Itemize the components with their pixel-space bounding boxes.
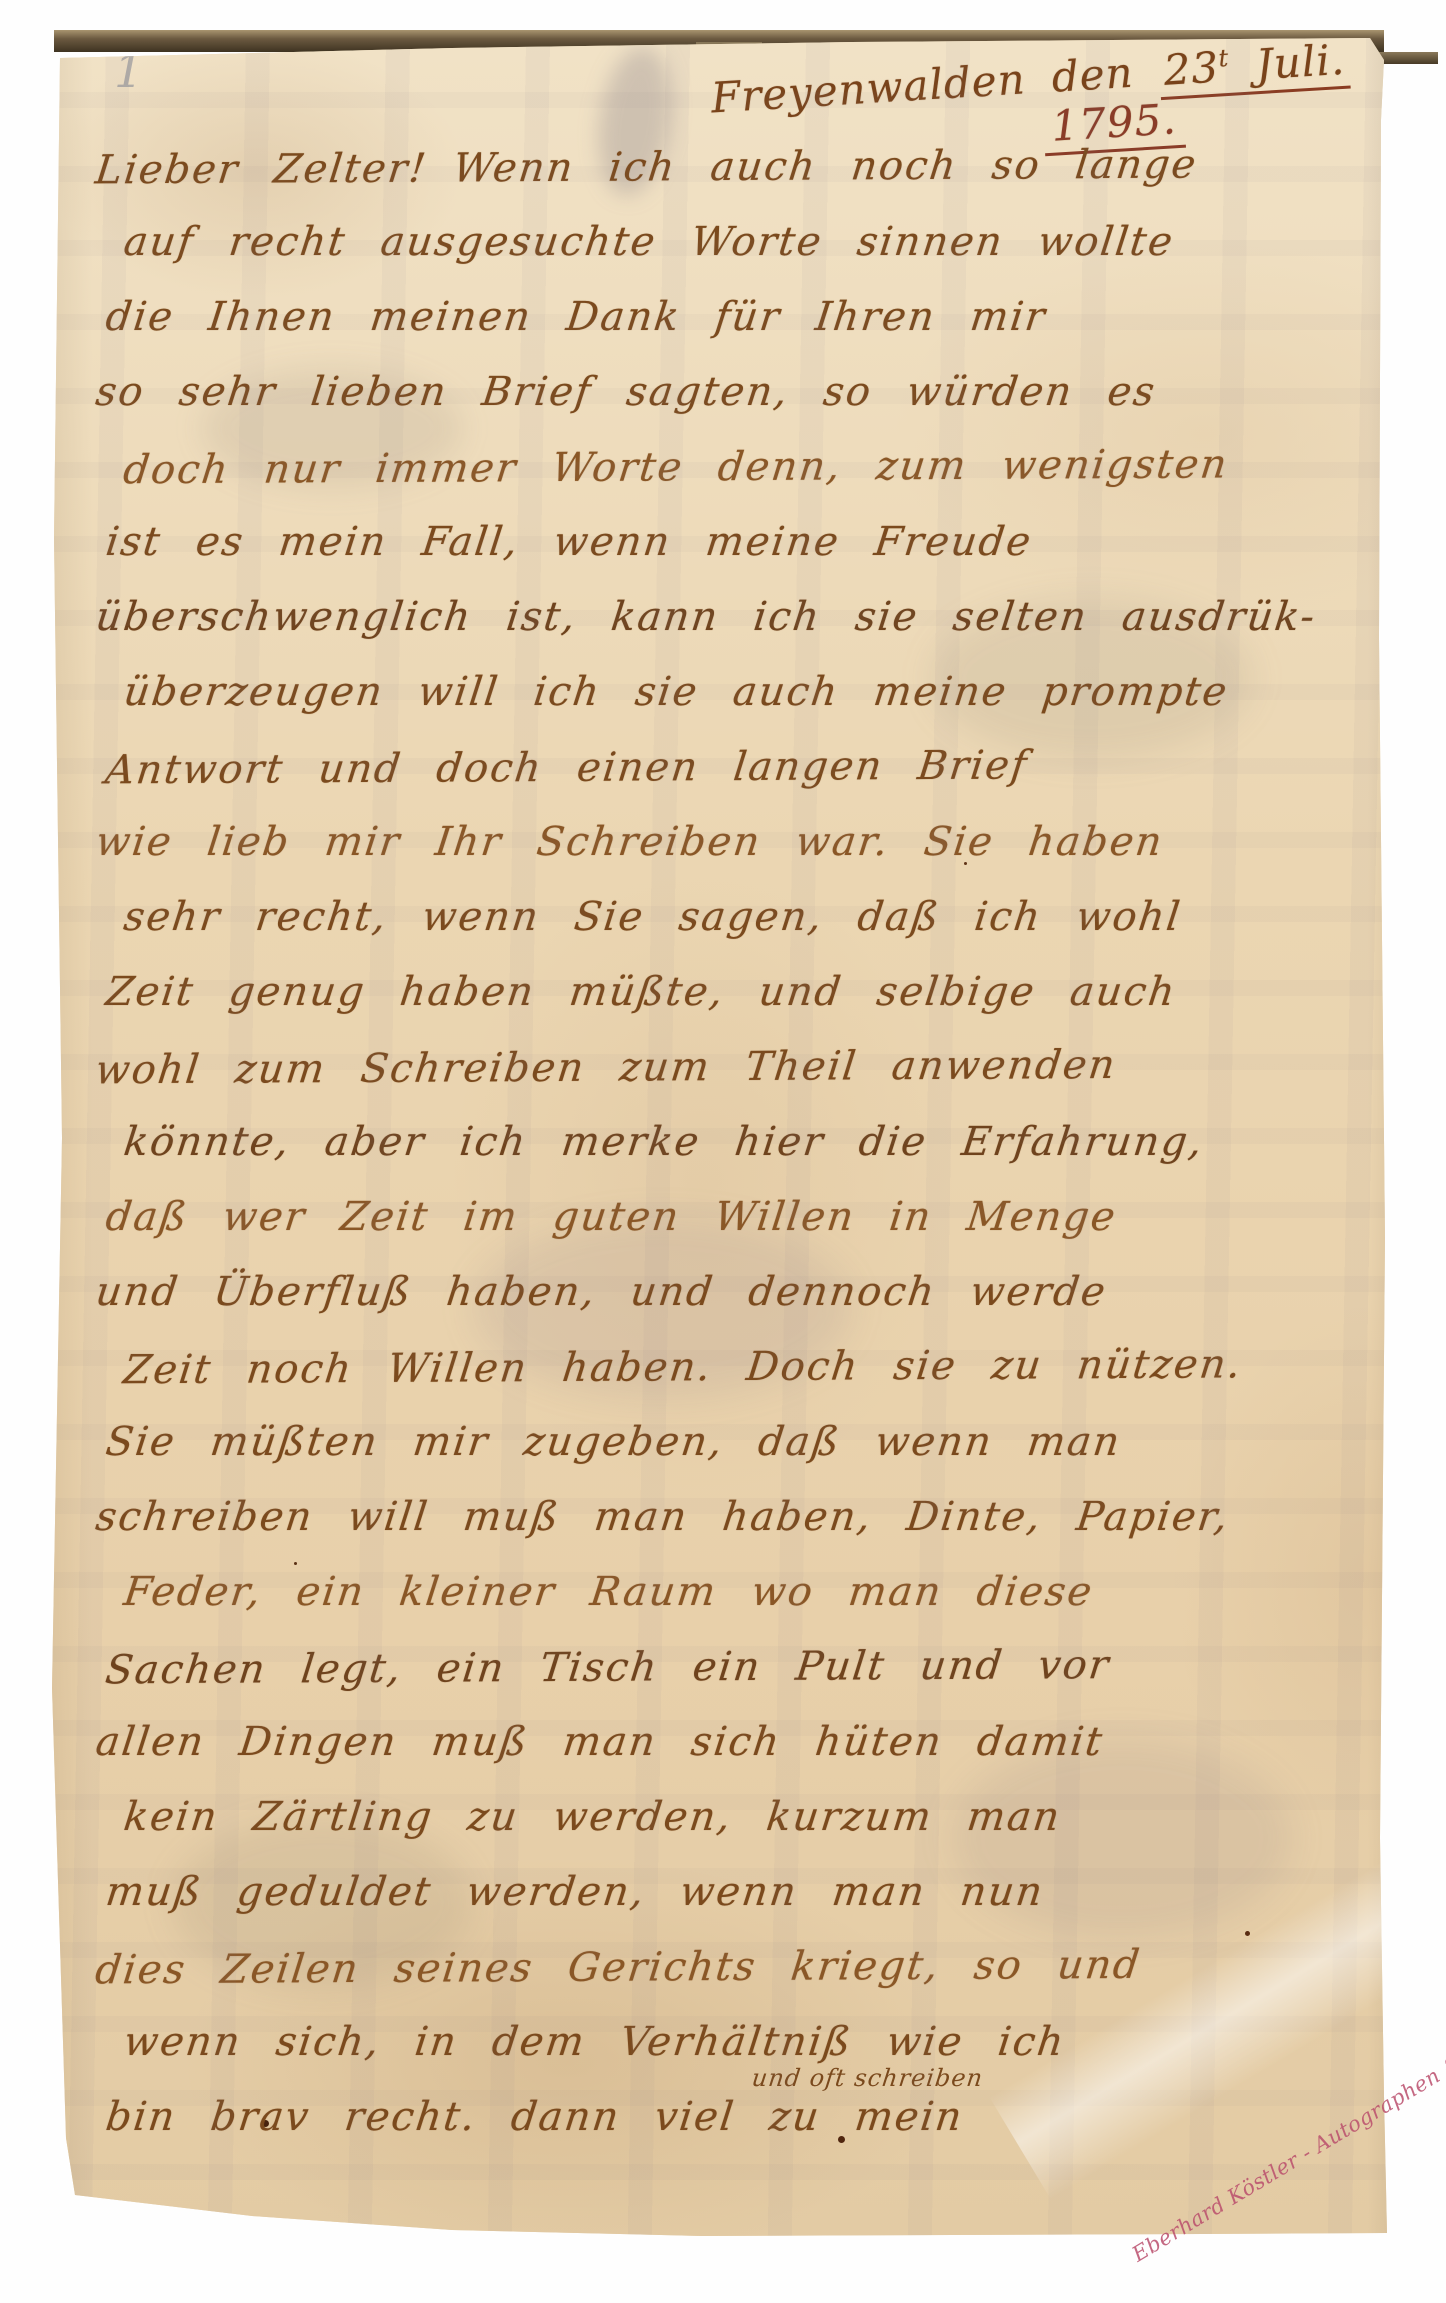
handwriting-line: Sachen legt, ein Tisch ein Pult und vor [101, 1627, 1391, 1709]
salutation: Lieber Zelter! [93, 146, 430, 194]
handwriting-line: könnte, aber ich merke hier die Erfahrun… [119, 1105, 1390, 1180]
letter-paper: 1 Freyenwalden den 23t Juli. 1795. Liebe… [52, 38, 1408, 2238]
handwriting-line: wohl zum Schreiben zum Theil anwenden [91, 1027, 1391, 1109]
dateline-den: den [1050, 48, 1135, 102]
handwriting-line: überschwenglich ist, kann ich sie selten… [91, 580, 1390, 655]
handwriting-line: wie lieb mir Ihr Schreiben war. Sie habe… [91, 805, 1390, 880]
dateline-month: Juli. [1254, 35, 1346, 89]
scan-background: 1 Freyenwalden den 23t Juli. 1795. Liebe… [0, 0, 1446, 2303]
handwriting-line: bin brav recht. dann viel zu mein [101, 2080, 1390, 2155]
handwriting-line: sehr recht, wenn Sie sagen, daß ich wohl [119, 880, 1390, 955]
handwriting-text: Wenn ich auch noch so lange [451, 142, 1201, 192]
handwriting-line: doch nur immer Worte denn, zum wenigsten [119, 427, 1391, 509]
handwriting-line: überzeugen will ich sie auch meine promp… [119, 655, 1390, 730]
handwriting-line: schreiben will muß man haben, Dinte, Pap… [91, 1480, 1390, 1555]
page-number-annotation: 1 [114, 44, 143, 98]
handwriting-line: Zeit noch Willen haben. Doch sie zu nütz… [119, 1327, 1391, 1409]
handwriting-line: daß wer Zeit im guten Willen in Menge [101, 1180, 1390, 1255]
handwriting-line: ist es mein Fall, wenn meine Freude [101, 505, 1390, 580]
handwriting-line: dies Zeilen seines Gerichts kriegt, so u… [91, 1927, 1391, 2009]
handwriting-line: kein Zärtling zu werden, kurzum man [119, 1780, 1390, 1855]
letter-body: Lieber Zelter!Wenn ich auch noch so lang… [96, 130, 1386, 2155]
handwriting-line: so sehr lieben Brief sagten, so würden e… [91, 355, 1390, 430]
handwriting-line: Antwort und doch einen langen Brief [101, 727, 1391, 809]
dateline-day: 23 [1162, 43, 1220, 95]
handwriting-line: und Überfluß haben, und dennoch werde [91, 1255, 1390, 1330]
handwriting-line: muß geduldet werden, wenn man nun [101, 1855, 1390, 1930]
handwriting-line: Feder, ein kleiner Raum wo man diese [119, 1555, 1390, 1630]
handwriting-line: auf recht ausgesuchte Worte sinnen wollt… [119, 205, 1390, 280]
interlinear-insert: und oft schreiben [750, 2064, 985, 2092]
handwriting-line: allen Dingen muß man sich hüten damit [91, 1705, 1390, 1780]
dateline-place: Freyenwalden [710, 54, 1027, 122]
dateline-day-month: 23t Juli. [1158, 35, 1351, 100]
dateline-day-suffix: t [1218, 44, 1230, 73]
handwriting-line: die Ihnen meinen Dank für Ihren mir [101, 280, 1390, 355]
handwriting-line: Lieber Zelter!Wenn ich auch noch so lang… [91, 127, 1391, 209]
handwriting-line: Sie müßten mir zugeben, daß wenn man [101, 1405, 1390, 1480]
handwriting-line: Zeit genug haben müßte, und selbige auch [101, 955, 1390, 1030]
